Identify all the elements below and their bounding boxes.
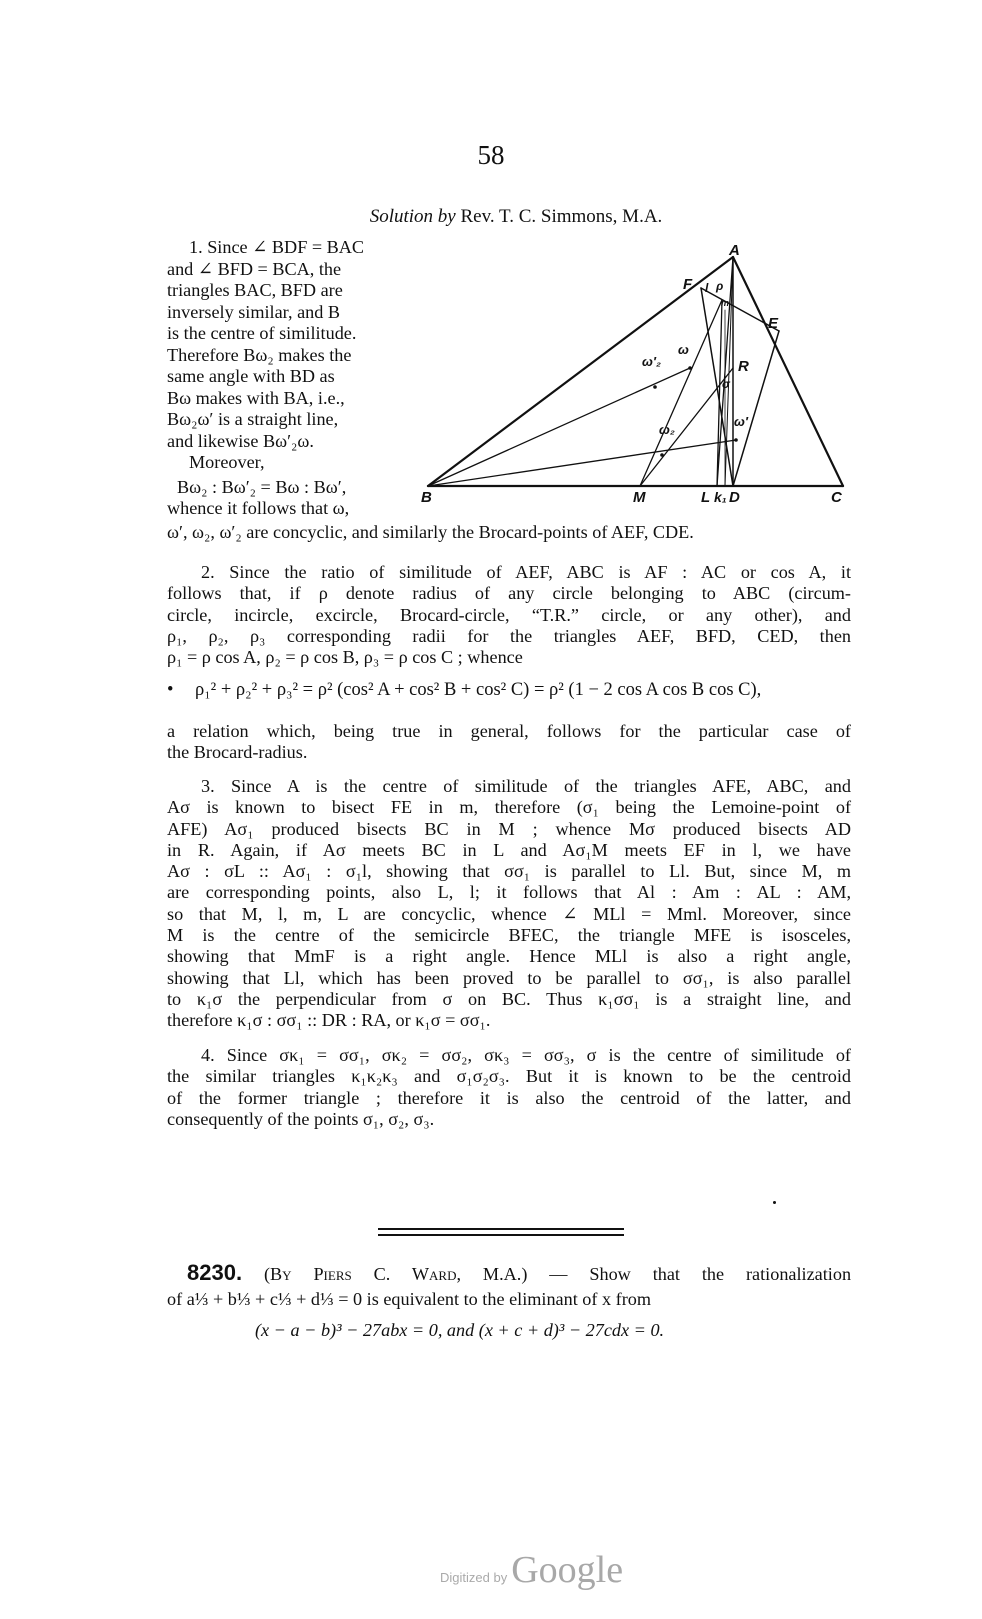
- section-2: 2. Since the ratio of similitude of AEF,…: [167, 562, 851, 668]
- text-line: ρ₁ = ρ cos A, ρ₂ = ρ cos B, ρ₃ = ρ cos C…: [167, 647, 851, 668]
- text-line: a relation which, being true in general,…: [167, 721, 851, 742]
- solution-byline: Solution by Rev. T. C. Simmons, M.A.: [0, 206, 982, 228]
- label-rho: ρ: [715, 279, 723, 293]
- text-line: showing that MmF is a right angle. Hence…: [167, 946, 851, 967]
- watermark-digitized-label: Digitized by: [440, 1570, 507, 1585]
- text-line: so that M, l, m, L are concyclic, whence…: [167, 904, 851, 925]
- label-k1: k₁: [714, 489, 727, 505]
- label-L: L: [701, 489, 710, 506]
- text-line: ω′, ω₂, ω′₂ are concyclic, and similarly…: [167, 522, 851, 543]
- text-line: follows that, if ρ denote radius of any …: [167, 583, 851, 604]
- triangle-diagram: A B C D E F M L k₁ R σ l ρ m ω ω′₂ ω′ ω₂: [415, 240, 860, 520]
- page-number: 58: [0, 140, 982, 171]
- text-line: and likewise Bω′₂ω.: [167, 431, 402, 453]
- problem-heading-line: 8230. (By Piers C. Ward, M.A.) — Show th…: [167, 1260, 851, 1287]
- label-M: M: [633, 489, 646, 506]
- equation-expression: ρ₁² + ρ₂² + ρ₃² = ρ² (cos² A + cos² B + …: [195, 680, 761, 701]
- equation-bullet: •: [167, 680, 173, 701]
- problem-statement-line: of a⅓ + b⅓ + c⅓ + d⅓ = 0 is equivalent t…: [167, 1287, 851, 1312]
- text-line: Bω₂ : Bω′₂ = Bω : Bω′,: [167, 477, 402, 499]
- text-line: are corresponding points, also L, l; it …: [167, 882, 851, 903]
- text-line: to κ₁σ the perpendicular from σ on BC. T…: [167, 989, 851, 1010]
- separator-rule-bottom: [378, 1234, 624, 1236]
- label-D: D: [729, 489, 740, 506]
- digitized-watermark: Digitized by Google: [440, 1548, 623, 1592]
- label-R: R: [738, 358, 749, 375]
- text-line: same angle with BD as: [167, 366, 402, 388]
- section-3: 3. Since A is the centre of similitude o…: [167, 776, 851, 1032]
- text-line: 3. Since A is the centre of similitude o…: [167, 776, 851, 797]
- label-omega2-prime: ω′₂: [642, 354, 661, 369]
- label-sigma: σ: [722, 377, 731, 391]
- section-1-column: 1. Since ∠ BDF = BAC and ∠ BFD = BCA, th…: [167, 237, 402, 520]
- text-line: is the centre of similitude.: [167, 323, 402, 345]
- label-E: E: [768, 315, 779, 332]
- text-line: M is the centre of the semicircle BFEC, …: [167, 925, 851, 946]
- label-omega: ω: [678, 342, 689, 357]
- label-omega-prime: ω′: [734, 414, 749, 429]
- text-line: the Brocard-radius.: [167, 742, 851, 763]
- problem-8230: 8230. (By Piers C. Ward, M.A.) — Show th…: [167, 1260, 851, 1343]
- text-line: Aσ is known to bisect FE in m, therefore…: [167, 797, 851, 818]
- section-2-conclusion: a relation which, being true in general,…: [167, 721, 851, 764]
- text-line: showing that Ll, which has been proved t…: [167, 968, 851, 989]
- problem-equation: (x − a − b)³ − 27abx = 0, and (x + c + d…: [167, 1318, 851, 1343]
- problem-statement-start: — Show that the rationalization: [549, 1264, 851, 1284]
- text-line: of the former triangle ; therefore it is…: [167, 1088, 851, 1109]
- stray-mark: [773, 1201, 776, 1204]
- text-line: the similar triangles κ₁κ₂κ₃ and σ₁σ₂σ₃.…: [167, 1066, 851, 1087]
- section-1-continuation: ω′, ω₂, ω′₂ are concyclic, and similarly…: [167, 522, 851, 543]
- text-line: therefore κ₁σ : σσ₁ :: DR : RA, or κ₁σ =…: [167, 1010, 851, 1031]
- byline-author: Rev. T. C. Simmons, M.A.: [460, 206, 662, 227]
- byline-prefix: Solution by: [370, 206, 456, 227]
- text-line: ρ₁, ρ₂, ρ₃ corresponding radii for the t…: [167, 626, 851, 647]
- text-line: inversely similar, and B: [167, 302, 402, 324]
- text-line: Bω₂ω′ is a straight line,: [167, 409, 402, 431]
- text-line: 4. Since σκ₁ = σσ₁, σκ₂ = σσ₂, σκ₃ = σσ₃…: [167, 1045, 851, 1066]
- label-C: C: [831, 489, 843, 506]
- label-m: m: [721, 298, 729, 308]
- section-4: 4. Since σκ₁ = σσ₁, σκ₂ = σσ₂, σκ₃ = σσ₃…: [167, 1045, 851, 1130]
- problem-author: (By Piers C. Ward, M.A.): [264, 1264, 527, 1284]
- text-line: 1. Since ∠ BDF = BAC: [167, 237, 402, 259]
- text-line: 2. Since the ratio of similitude of AEF,…: [167, 562, 851, 583]
- problem-number: 8230.: [187, 1260, 242, 1285]
- watermark-brand: Google: [511, 1549, 623, 1591]
- text-line: consequently of the points σ₁, σ₂, σ₃.: [167, 1109, 851, 1130]
- label-omega2: ω₂: [659, 422, 675, 437]
- text-line: Aσ : σL :: Aσ₁ : σ₁l, showing that σσ₁ i…: [167, 861, 851, 882]
- text-line: circle, incircle, excircle, Brocard-circ…: [167, 605, 851, 626]
- label-F: F: [683, 276, 693, 293]
- text-line: in R. Again, if Aσ meets BC in L and Aσ₁…: [167, 840, 851, 861]
- text-line: triangles BAC, BFD are: [167, 280, 402, 302]
- text-line: and ∠ BFD = BCA, the: [167, 259, 402, 281]
- label-A: A: [728, 242, 740, 259]
- separator-rule-top: [378, 1228, 624, 1230]
- text-line: Bω makes with BA, i.e.,: [167, 388, 402, 410]
- label-B: B: [421, 489, 432, 506]
- text-line: whence it follows that ω,: [167, 498, 402, 520]
- text-line: Moreover,: [167, 452, 402, 474]
- text-line: Therefore Bω₂ makes the: [167, 345, 402, 367]
- text-line: AFE) Aσ₁ produced bisects BC in M ; when…: [167, 819, 851, 840]
